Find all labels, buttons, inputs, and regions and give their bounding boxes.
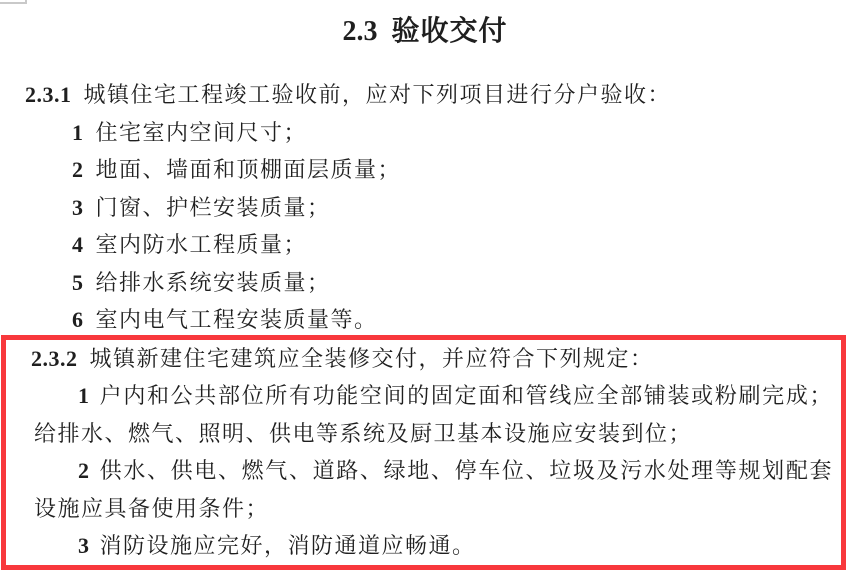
item-text: 供水、供电、燃气、道路、绿地、停车位、垃圾及污水处理等规划配套设施应具备使用条件… xyxy=(34,458,833,521)
highlight-box: 2.3.2城镇新建住宅建筑应全装修交付，并应符合下列规定： 1户内和公共部位所有… xyxy=(1,335,846,570)
item-text: 住宅室内空间尺寸； xyxy=(96,120,308,145)
list-item: 2地面、墙面和顶棚面层质量； xyxy=(0,151,850,189)
clause-2-3-1: 2.3.1城镇住宅工程竣工验收前，应对下列项目进行分户验收： xyxy=(0,76,850,114)
clause-2-3-1-number: 2.3.1 xyxy=(25,82,72,107)
clause-2-3-2-text: 城镇新建住宅建筑应全装修交付，并应符合下列规定： xyxy=(90,346,654,371)
clause-2-3-2: 2.3.2城镇新建住宅建筑应全装修交付，并应符合下列规定： xyxy=(6,340,841,378)
section-title-number: 2.3 xyxy=(342,16,377,47)
item-text: 室内电气工程安装质量等。 xyxy=(96,307,378,332)
list-item: 3门窗、护栏安装质量； xyxy=(0,189,850,227)
window-corner-artifact xyxy=(0,0,27,4)
document-body: 2.3.1城镇住宅工程竣工验收前，应对下列项目进行分户验收： 1住宅室内空间尺寸… xyxy=(0,76,850,570)
list-item: 4室内防水工程质量； xyxy=(0,226,850,264)
item-number: 3 xyxy=(72,195,84,220)
item-number: 1 xyxy=(72,120,84,145)
item-text: 消防设施应完好，消防通道应畅通。 xyxy=(100,533,476,558)
item-text: 地面、墙面和顶棚面层质量； xyxy=(96,157,402,182)
item-number: 4 xyxy=(72,232,84,257)
clause-2-3-2-number: 2.3.2 xyxy=(31,346,78,371)
list-item: 1户内和公共部位所有功能空间的固定面和管线应全部铺装或粉刷完成；给排水、燃气、照… xyxy=(6,377,841,452)
list-item: 2供水、供电、燃气、道路、绿地、停车位、垃圾及污水处理等规划配套设施应具备使用条… xyxy=(6,452,841,527)
list-item: 5给排水系统安装质量； xyxy=(0,264,850,302)
list-item: 1住宅室内空间尺寸； xyxy=(0,114,850,152)
section-title-text: 验收交付 xyxy=(391,16,507,47)
item-number: 3 xyxy=(78,533,90,558)
clause-2-3-1-text: 城镇住宅工程竣工验收前，应对下列项目进行分户验收： xyxy=(84,82,672,107)
item-number: 2 xyxy=(78,458,90,483)
list-item: 6室内电气工程安装质量等。 xyxy=(0,301,850,339)
list-item: 3消防设施应完好，消防通道应畅通。 xyxy=(6,527,841,565)
item-text: 门窗、护栏安装质量； xyxy=(96,195,331,220)
section-title: 2.3验收交付 xyxy=(0,0,850,48)
item-text: 给排水系统安装质量； xyxy=(96,270,331,295)
item-number: 5 xyxy=(72,270,84,295)
item-number: 2 xyxy=(72,157,84,182)
item-text: 室内防水工程质量； xyxy=(96,232,308,257)
item-number: 1 xyxy=(78,383,90,408)
item-number: 6 xyxy=(72,307,84,332)
item-text: 户内和公共部位所有功能空间的固定面和管线应全部铺装或粉刷完成；给排水、燃气、照明… xyxy=(34,383,833,446)
